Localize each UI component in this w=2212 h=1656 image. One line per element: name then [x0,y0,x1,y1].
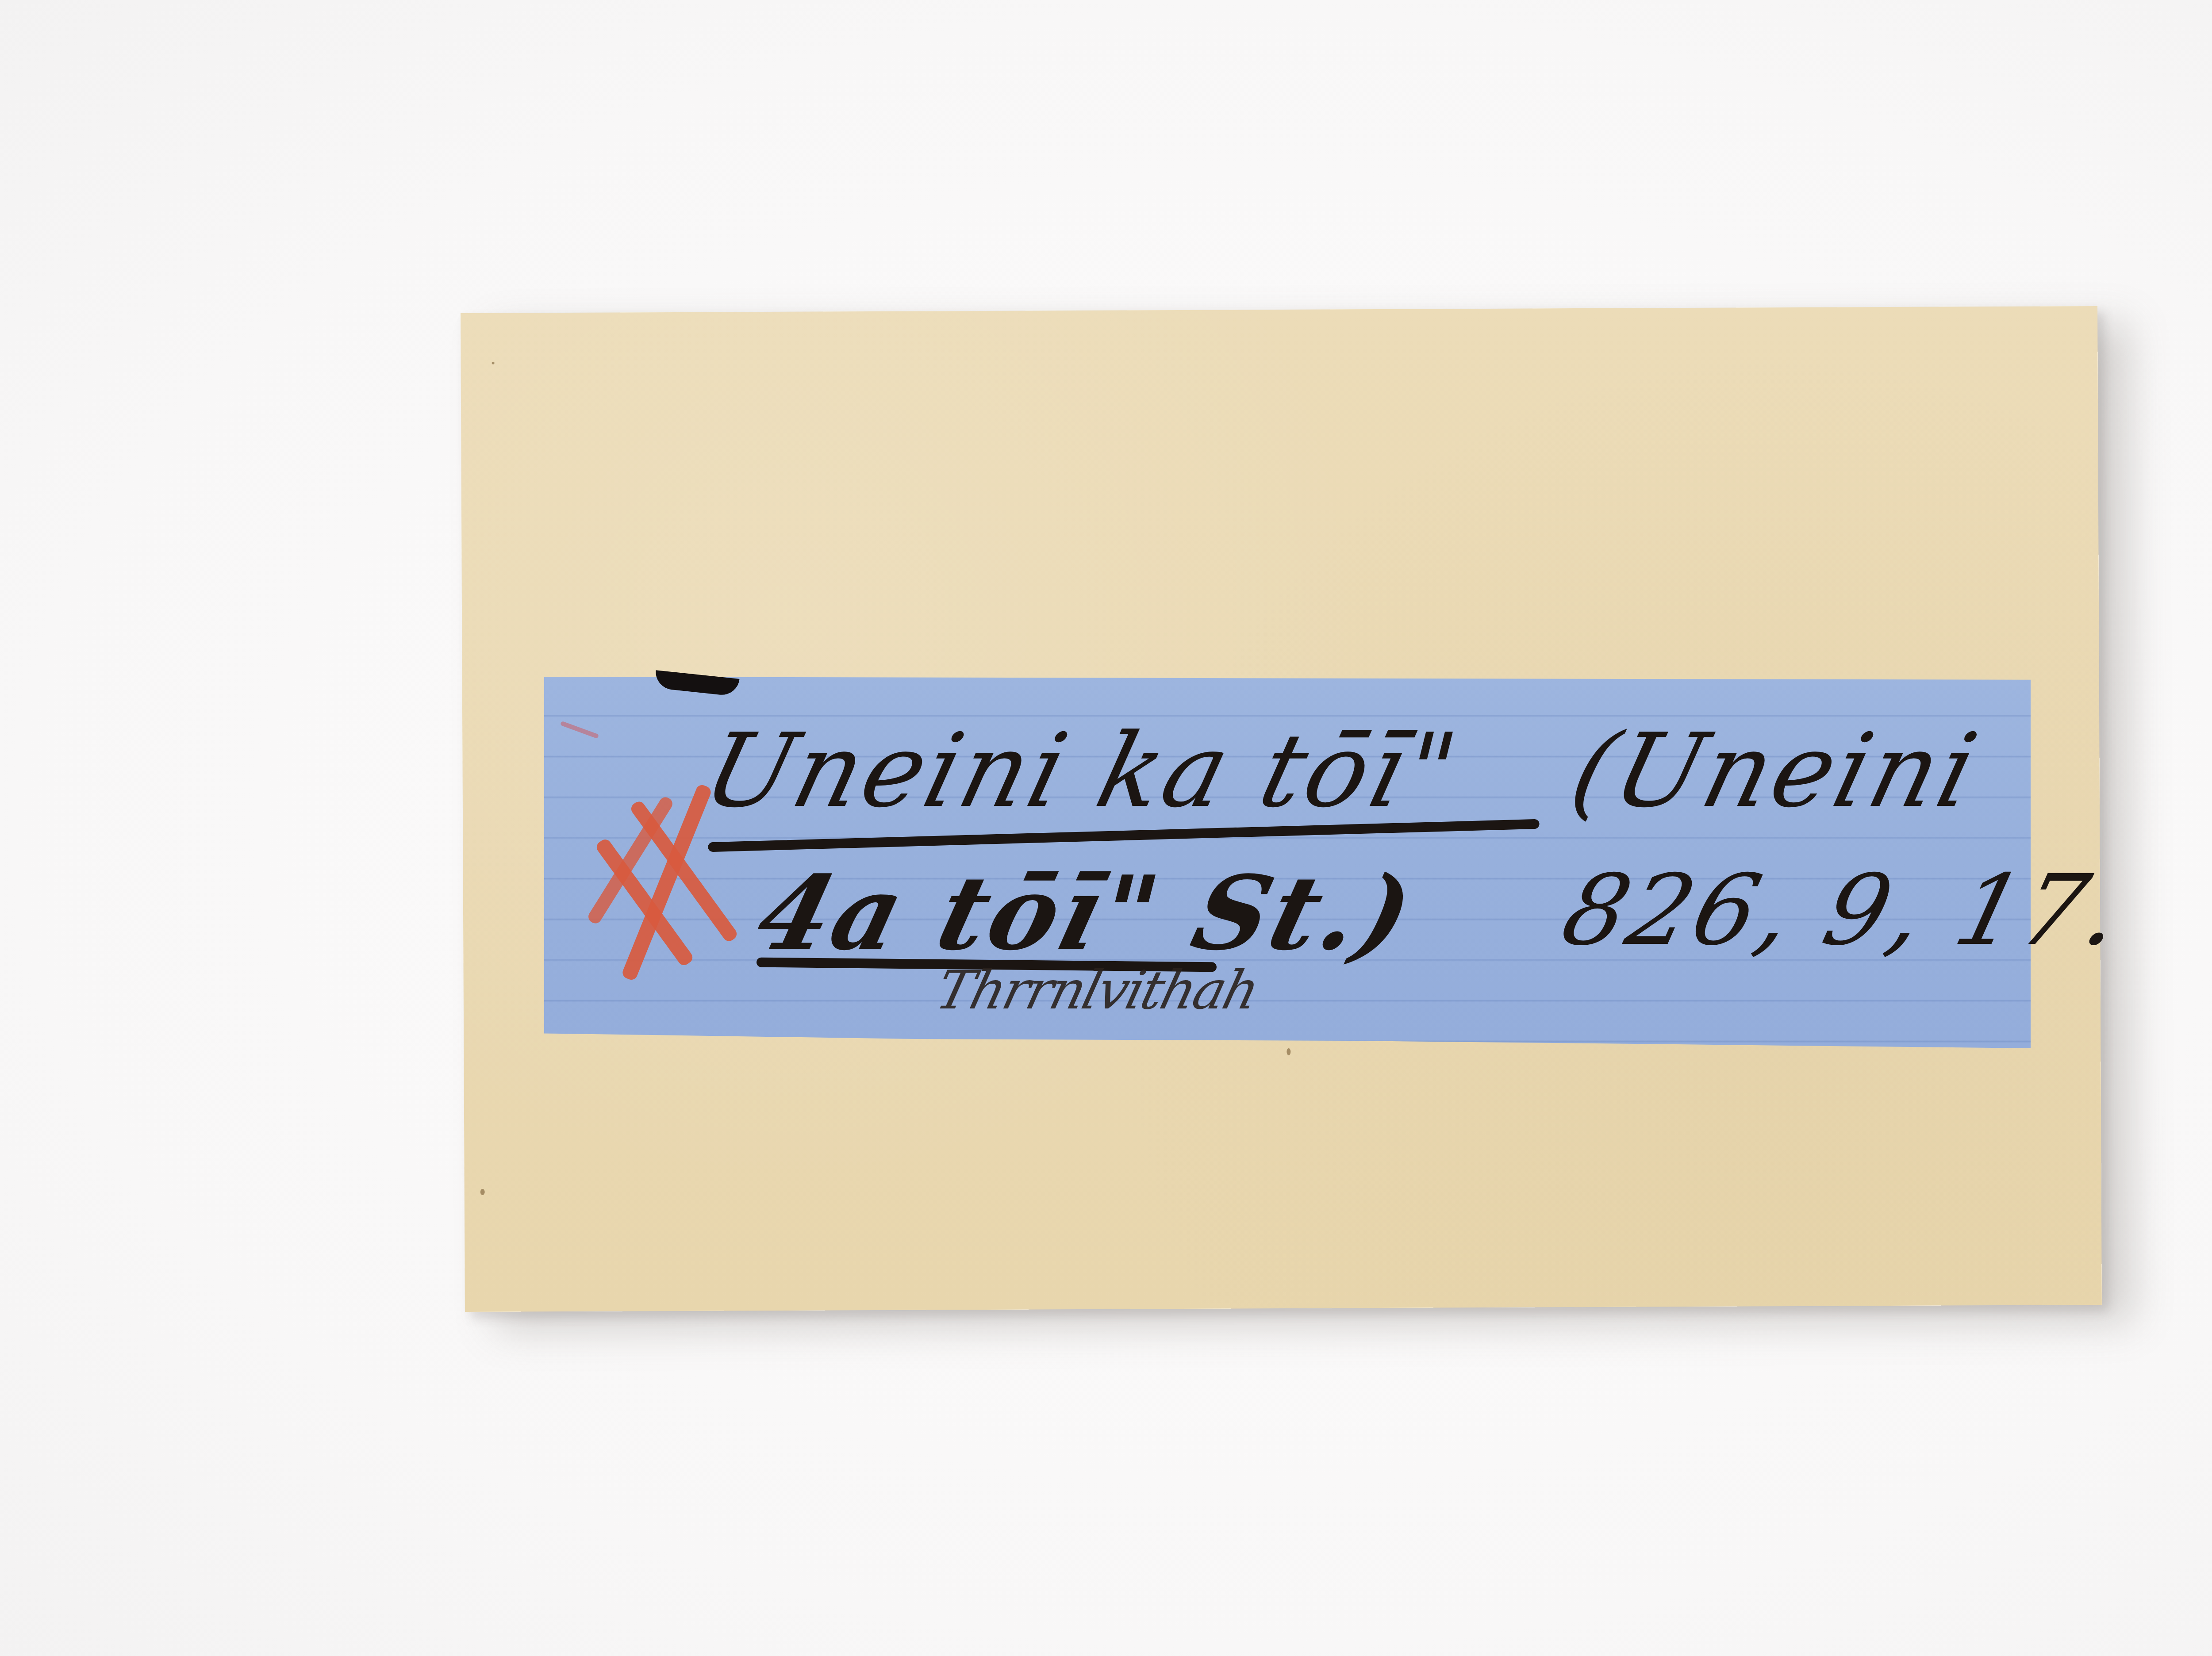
handwritten-line-1: Uneini ka tōī" [693,712,1471,830]
photo-background: Uneini ka tōī" (Uneini 4a tōī" St.) 826,… [0,0,2212,1656]
card-speck [492,362,495,364]
handwritten-annotation: Thrrnlvithah [930,960,1264,1021]
handwritten-line-1-aside: (Uneini [1560,712,1990,830]
handwritten-reference-number: 826, 9, 17. [1552,854,2135,967]
handwritten-line-2: 4a tōī" St.) [746,854,1426,973]
card-speck [480,1189,485,1195]
card-speck [1286,1048,1290,1055]
